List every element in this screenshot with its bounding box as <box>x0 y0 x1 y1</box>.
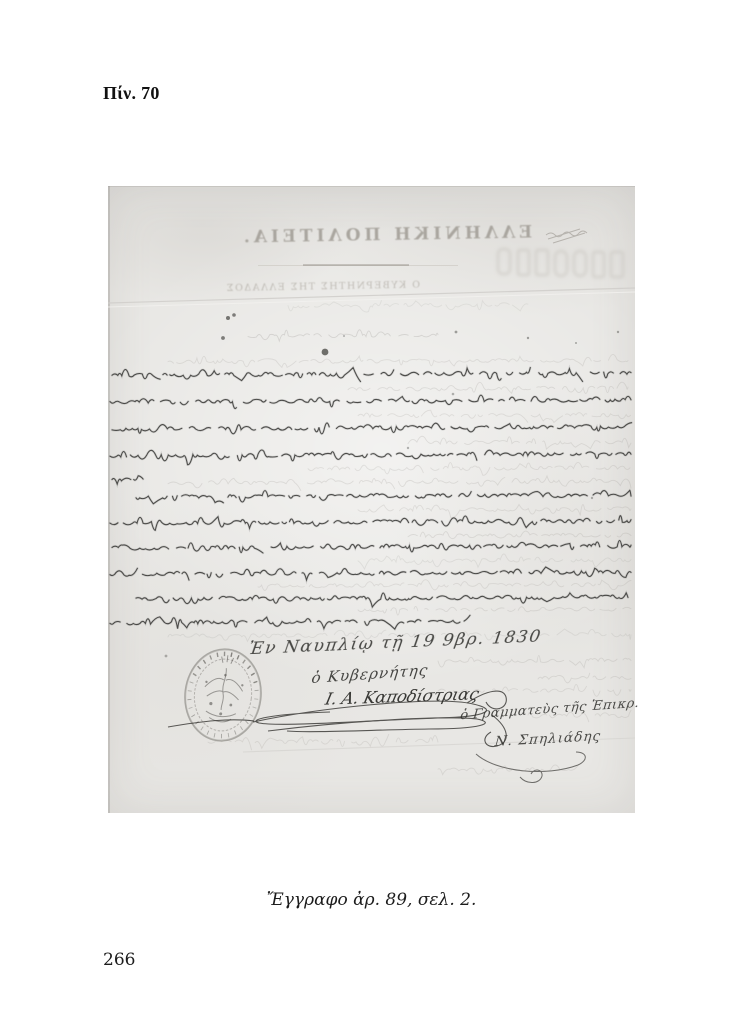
page-number: 266 <box>103 950 135 970</box>
protocol-number-marks <box>546 229 587 243</box>
plate-label: Πίν. 70 <box>103 83 160 104</box>
countersignature-flourish <box>476 752 585 783</box>
ink-specks <box>165 313 620 657</box>
paper-crease <box>108 288 635 303</box>
phoenix-emblem <box>201 653 247 724</box>
handwritten-body-text <box>110 368 632 630</box>
faint-bleedthrough-letters <box>498 249 623 277</box>
figure-caption: Ἔγγραφο ἀρ. 89, σελ. 2. <box>108 890 635 910</box>
scan-decor-layer <box>108 186 635 813</box>
document-paper: ΕΛΛΗΝΙΚΗ ΠΟΛΙΤΕΙΑ. Ο ΚΥΒΕΡΝΗΤΗΣ ΤΗΣ ΕΛΛΑ… <box>108 186 635 813</box>
document-scan: ΕΛΛΗΝΙΚΗ ΠΟΛΙΤΕΙΑ. Ο ΚΥΒΕΡΝΗΤΗΣ ΤΗΣ ΕΛΛΑ… <box>108 186 635 813</box>
official-stamp <box>180 645 267 746</box>
